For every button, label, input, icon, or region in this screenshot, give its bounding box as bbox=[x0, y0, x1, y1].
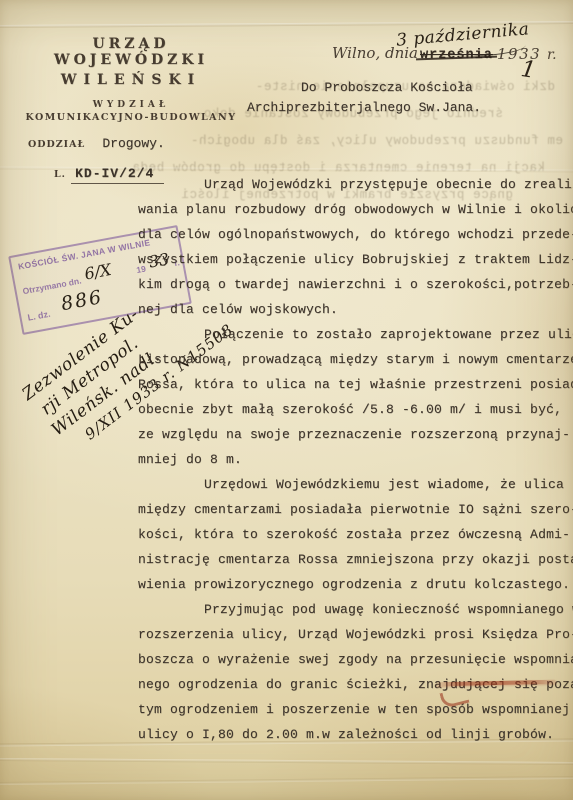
body-line: kości, która to szerokość została przez … bbox=[138, 522, 570, 547]
division-value: Drogowy. bbox=[102, 136, 164, 151]
body-line: obecnie zbyt małą szerokość /5.8 -6.00 m… bbox=[138, 397, 570, 422]
body-line: wszystkiem połączenie ulicy Bobrujskiej … bbox=[138, 247, 570, 272]
body-paragraph: Przyjmując pod uwagę konieczność wspomni… bbox=[138, 597, 570, 747]
division-label: ODDZIAŁ bbox=[28, 139, 85, 150]
body-line: Rossa, która to ulica na tej właśnie prz… bbox=[138, 372, 570, 397]
body-line: Połączenie to zostało zaprojektowane prz… bbox=[138, 322, 570, 347]
body-line: nej dla celów wojskowych. bbox=[138, 297, 570, 322]
paper-crease bbox=[0, 758, 573, 765]
body-line: mniej do 8 m. bbox=[138, 447, 570, 472]
department-name-line1: WYDZIAŁ bbox=[16, 100, 246, 110]
body-line: dla celów ogólnopaństwowych, do którego … bbox=[138, 222, 570, 247]
page-number: 1 bbox=[519, 56, 538, 84]
office-name-line1: URZĄD WOJEWÓDZKI bbox=[16, 36, 246, 68]
body-line: tym ogrodzeniem i poszerzenie w ten spos… bbox=[138, 697, 570, 722]
body-line: boszcza o wyrażenie swej zgody na przesu… bbox=[138, 647, 570, 672]
recipient-line2: Archiprezbiterjalnego Sw.Jana. bbox=[247, 100, 481, 115]
text-line: em funduszu przebudowy ulicy, zaś dla ub… bbox=[190, 134, 563, 148]
body-line: wienia prowizorycznego ogrodzenia z drut… bbox=[138, 572, 570, 597]
body-line: wania planu rozbudowy dróg obwodowych w … bbox=[138, 197, 570, 222]
body-paragraph: Urząd Wojewódzki przystępuje obecnie do … bbox=[138, 172, 570, 322]
body-line: Przyjmując pod uwagę konieczność wspomni… bbox=[138, 597, 570, 622]
office-name-line2: WILEŃSKI bbox=[16, 72, 246, 88]
body-line: Urzędowi Wojewódzkiemu jest wiadome, że … bbox=[138, 472, 570, 497]
letterhead: URZĄD WOJEWÓDZKI WILEŃSKI WYDZIAŁ KOMUNI… bbox=[16, 36, 246, 181]
body-line: ze względu na swoje przeznaczenie rozsze… bbox=[138, 422, 570, 447]
body-line: ulicy o I,80 do 2.00 m.w zależności od l… bbox=[138, 722, 570, 747]
stamp-received-date-handwritten: 6/X bbox=[83, 260, 113, 284]
body-line: Urząd Wojewódzki przystępuje obecnie do … bbox=[138, 172, 570, 197]
stamp-blank-space bbox=[117, 274, 135, 277]
department-name-line2: KOMUNIKACYJNO-BUDOWLANY bbox=[16, 112, 246, 123]
body-line: Listopadową, prowadzącą między starym i … bbox=[138, 347, 570, 372]
struck-month: września bbox=[420, 48, 493, 63]
body-paragraph: Urzędowi Wojewódzkiemu jest wiadome, że … bbox=[138, 472, 570, 597]
reference-label: L. bbox=[54, 169, 66, 180]
body-line: nistrację cmentarza Rossa zmniejszona pr… bbox=[138, 547, 570, 572]
body-line: kim drogą o twardej nawierzchni i o szer… bbox=[138, 272, 570, 297]
recipient-line1: Do Proboszcza Kościoła bbox=[301, 80, 473, 95]
letter-body: Urząd Wojewódzki przystępuje obecnie do … bbox=[138, 172, 570, 747]
body-paragraph: Połączenie to zostało zaprojektowane prz… bbox=[138, 322, 570, 472]
dateline-year-suffix: r. bbox=[547, 47, 557, 63]
division-line: ODDZIAŁ Drogowy. bbox=[16, 132, 246, 151]
body-line: rozszerzenia ulicy, Urząd Wojewódzki pro… bbox=[138, 622, 570, 647]
body-line: między cmentarzami posiadała pierwotnie … bbox=[138, 497, 570, 522]
stamp-journal-label: L. dz. bbox=[27, 309, 51, 323]
paper-crease bbox=[0, 776, 573, 785]
document-page: dzki oświadcza na uzupełnienie niste-śre… bbox=[0, 0, 573, 800]
